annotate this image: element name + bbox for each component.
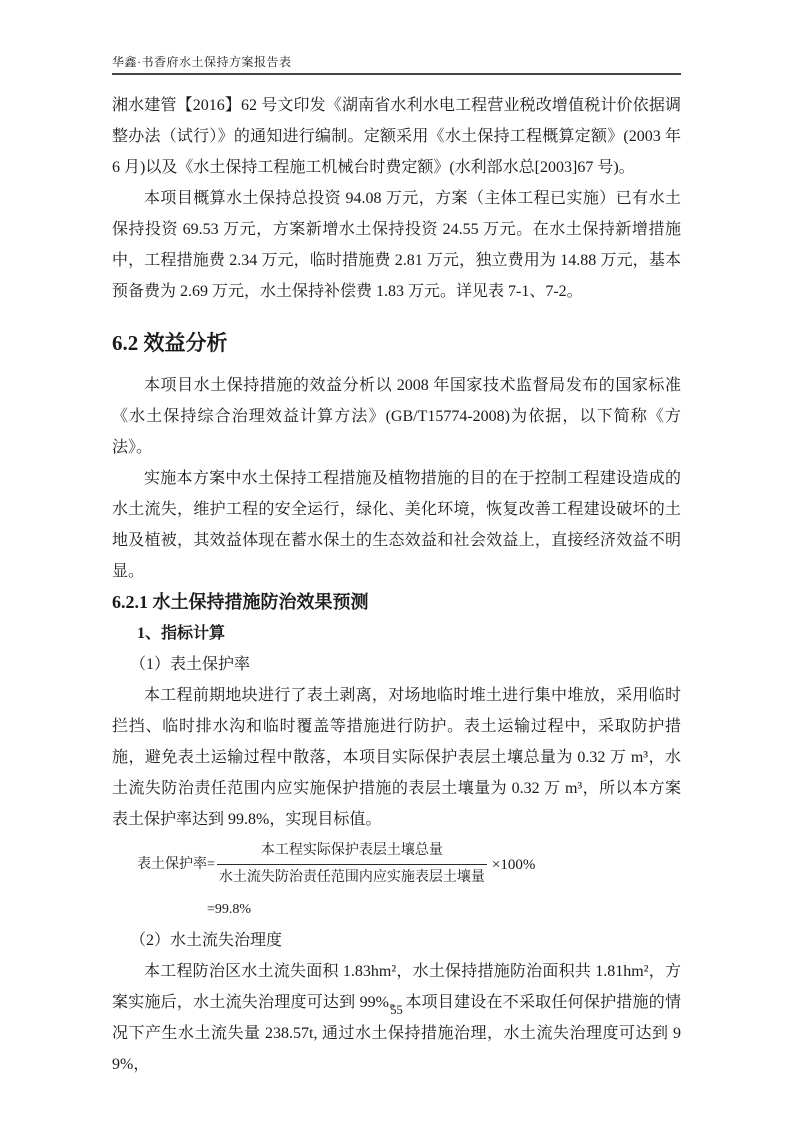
formula-numerator: 本工程实际保护表层土壤总量 xyxy=(217,841,487,864)
formula-denominator: 水土流失防治责任范围内应实施表层土壤量 xyxy=(217,864,487,888)
paragraph-investment-summary: 本项目概算水土保持总投资 94.08 万元，方案（主体工程已实施）已有水土保持投… xyxy=(112,183,681,307)
formula-fraction: 本工程实际保护表层土壤总量 水土流失防治责任范围内应实施表层土壤量 xyxy=(217,841,487,888)
topsoil-protection-formula: 表土保护率= 本工程实际保护表层土壤总量 水土流失防治责任范围内应实施表层土壤量… xyxy=(112,841,681,888)
document-page: 华鑫·书香府水土保持方案报告表 湘水建管【2016】62 号文印发《湖南省水利水… xyxy=(0,0,793,1122)
formula-lhs: 表土保护率= xyxy=(137,855,215,875)
item-heading-topsoil-rate: （1）表土保护率 xyxy=(112,649,681,680)
section-heading-benefit-analysis: 6.2 效益分析 xyxy=(112,328,681,358)
header-title: 华鑫·书香府水土保持方案报告表 xyxy=(112,55,292,69)
paragraph-purpose: 实施本方案中水土保持工程措施及植物措施的目的在于控制工程建设造成的水土流失，维护… xyxy=(112,463,681,587)
formula-multiplier: ×100% xyxy=(492,855,535,875)
paragraph-funding-basis: 湘水建管【2016】62 号文印发《湖南省水利水电工程营业税改增值税计价依据调整… xyxy=(112,90,681,183)
paragraph-method-basis: 本项目水土保持措施的效益分析以 2008 年国家技术监督局发布的国家标准《水土保… xyxy=(112,370,681,463)
paragraph-erosion-control: 本工程防治区水土流失面积 1.83hm²，水土保持措施防治面积共 1.81hm²… xyxy=(112,956,681,1080)
paragraph-topsoil-protection: 本工程前期地块进行了表土剥离，对场地临时堆土进行集中堆放，采用临时拦挡、临时排水… xyxy=(112,680,681,835)
sub-heading-index-calculation: 1、指标计算 xyxy=(112,618,681,649)
page-number: 55 xyxy=(390,1003,403,1017)
item-heading-erosion-control: （2）水土流失治理度 xyxy=(112,925,681,956)
document-body: 湘水建管【2016】62 号文印发《湖南省水利水电工程营业税改增值税计价依据调整… xyxy=(112,90,681,1080)
subsection-heading-effect-prediction: 6.2.1 水土保持措施防治效果预测 xyxy=(112,587,681,618)
formula-result: =99.8% xyxy=(112,895,681,925)
page-footer: 55 xyxy=(0,1003,793,1018)
page-header: 华鑫·书香府水土保持方案报告表 xyxy=(112,55,681,75)
